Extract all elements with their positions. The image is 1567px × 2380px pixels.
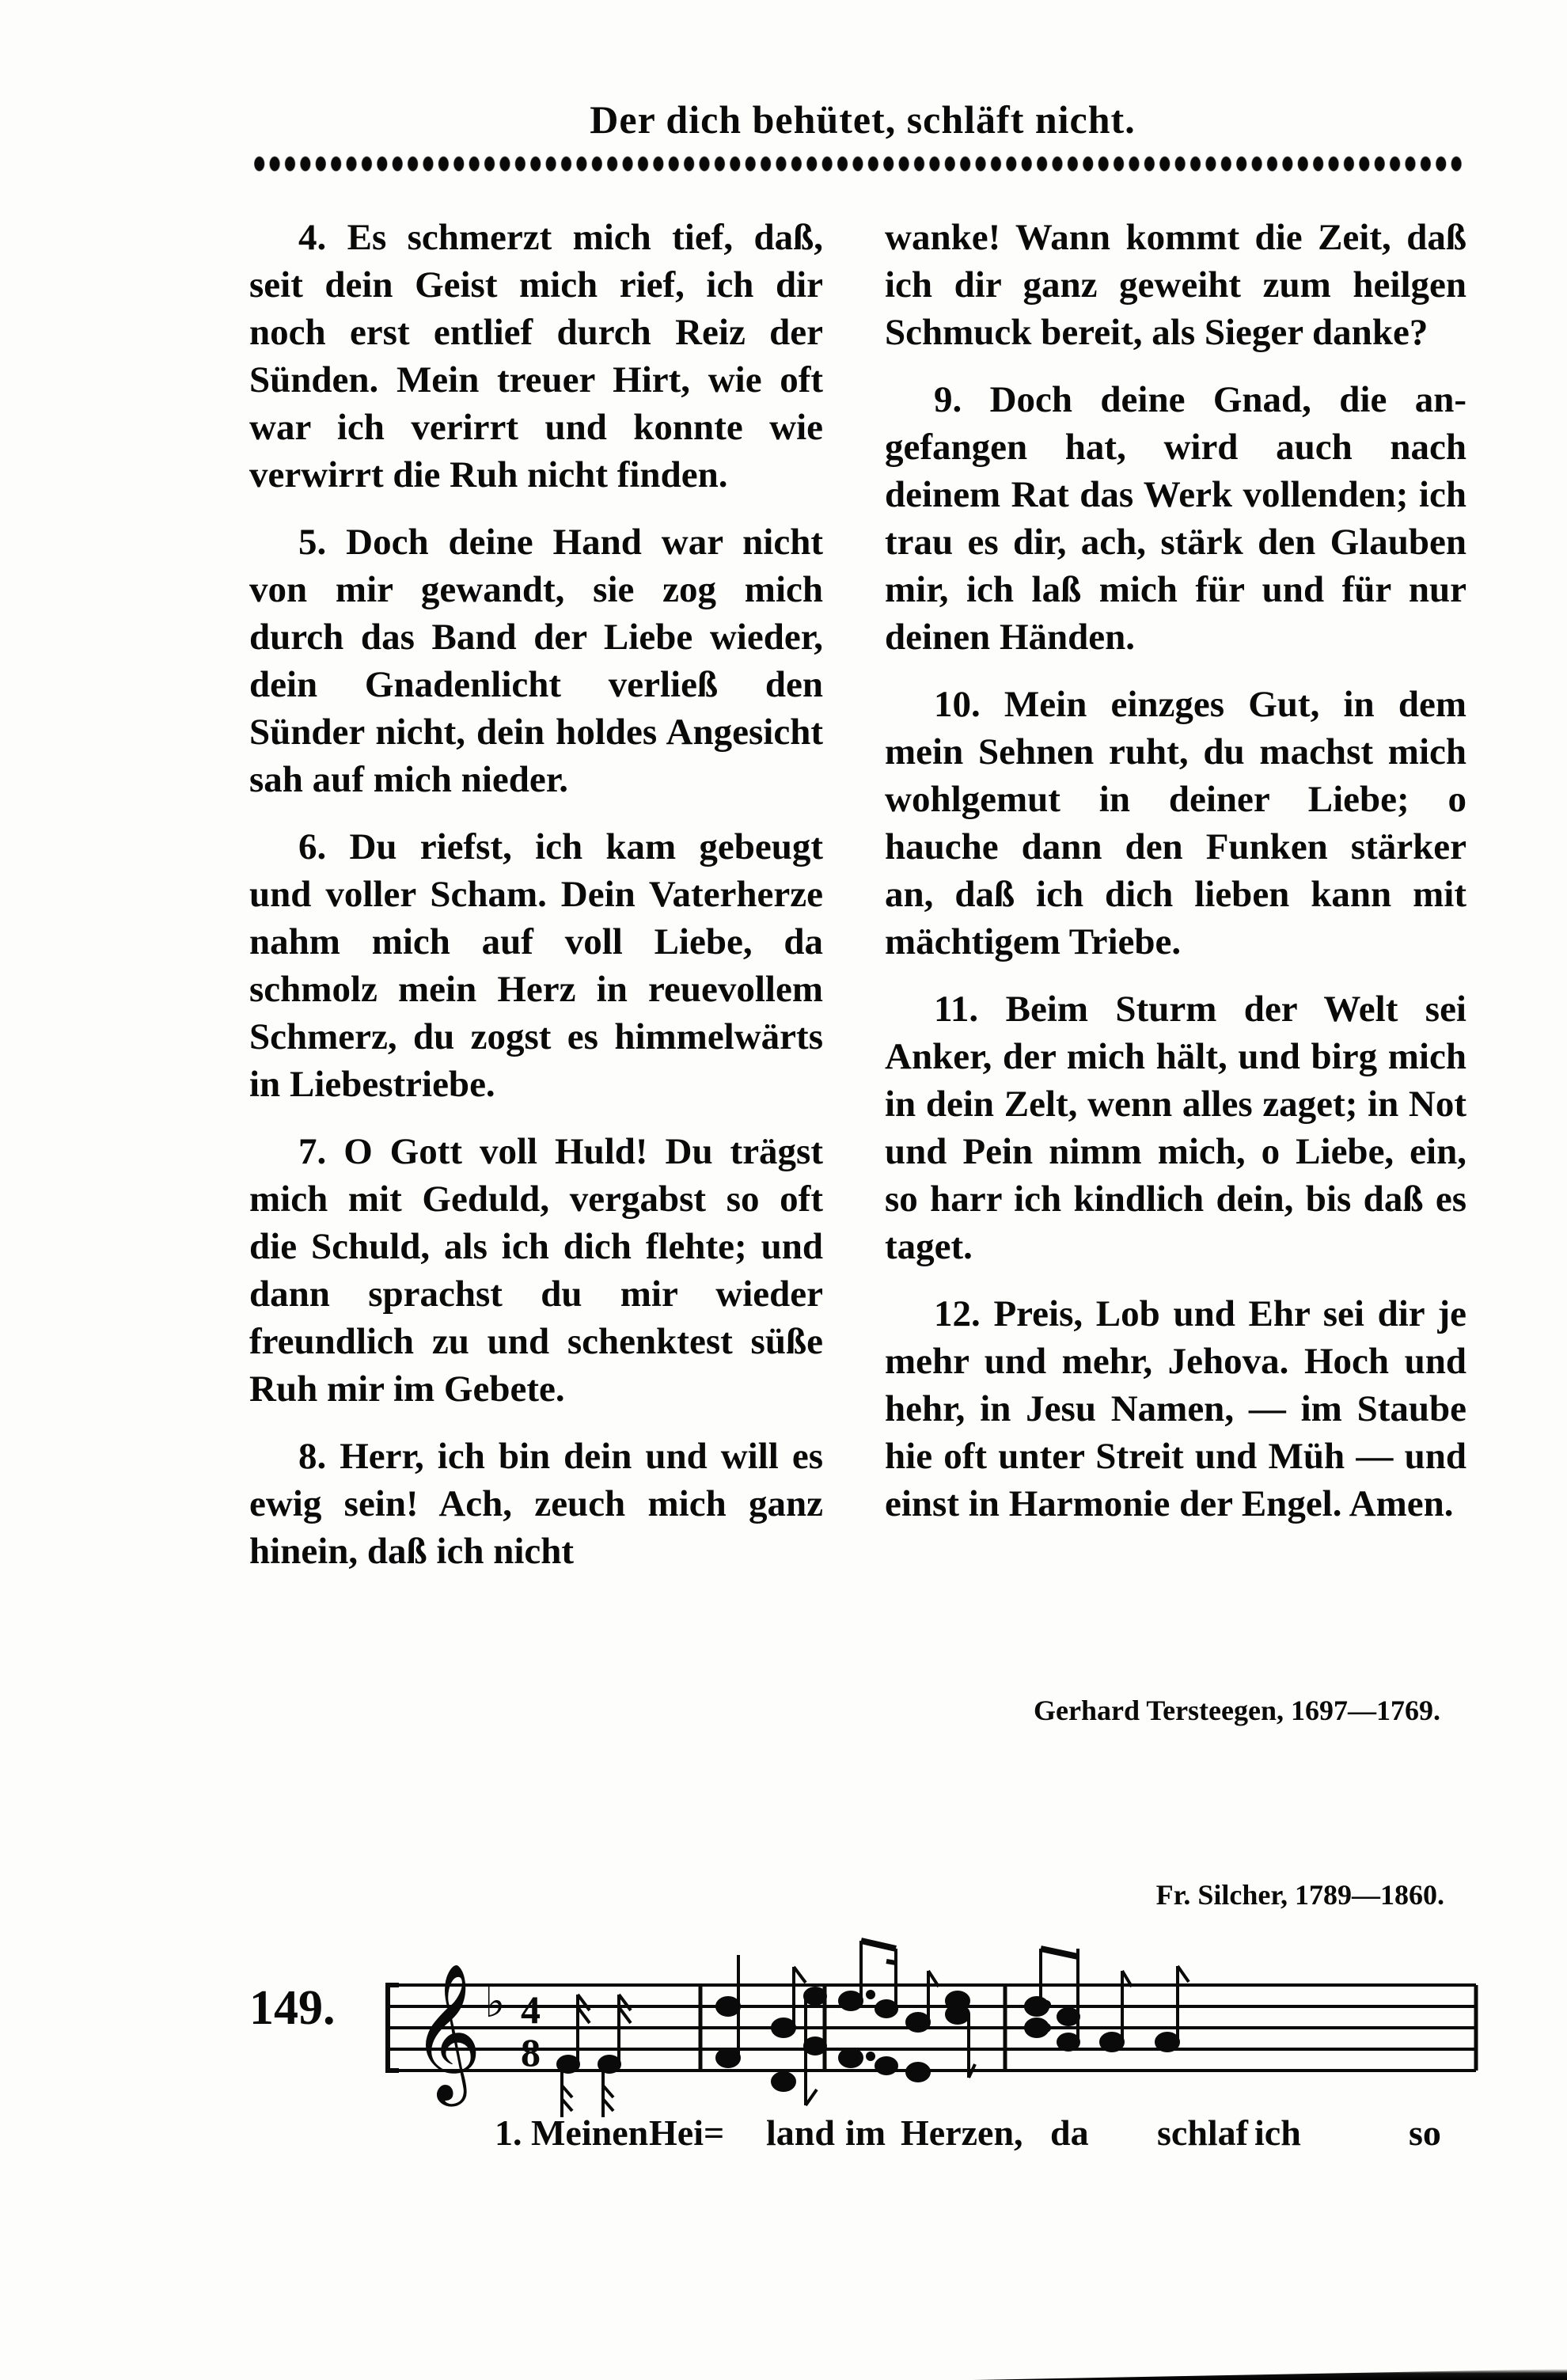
svg-text:𝄞: 𝄞 (412, 1963, 482, 2107)
lyric-syllable: land (766, 2112, 835, 2154)
lyric-syllable: so (1409, 2112, 1441, 2154)
dotted-rule-divider (252, 155, 1466, 173)
stanza-9: 9. Doch deine Gnad, die an­gefangen hat,… (885, 376, 1466, 661)
stanza-4: 4. Es schmerzt mich tief, daß, seit dein… (249, 214, 823, 499)
lyric-syllable: Herzen, (901, 2112, 1023, 2154)
lyric-syllable: da (1050, 2112, 1089, 2154)
stanza-8: 8. Herr, ich bin dein und will es ewig s… (249, 1433, 823, 1575)
stanza-11: 11. Beim Sturm der Welt sei Anker, der m… (885, 985, 1466, 1270)
lyric-syllable: ich (1254, 2112, 1301, 2154)
scan-edge-artifact (973, 2369, 1567, 2380)
composer-attribution: Fr. Silcher, 1789—1860. (1045, 1878, 1444, 1911)
lyric-syllable: Hei= (649, 2112, 724, 2154)
lyric-syllable: 1. Meinen (495, 2112, 648, 2154)
left-column: 4. Es schmerzt mich tief, daß, seit dein… (249, 214, 823, 1595)
hymn-number: 149. (249, 1980, 336, 2036)
lyric-syllable: im (845, 2112, 886, 2154)
hymnal-page: Der dich behütet, schläft nicht. 4. Es s… (0, 0, 1567, 2380)
stanza-12: 12. Preis, Lob und Ehr sei dir je mehr u… (885, 1290, 1466, 1528)
svg-text:♭: ♭ (484, 1976, 505, 2028)
right-column: wanke! Wann kommt die Zeit, daß ich dir … (885, 214, 1466, 1547)
stanza-10: 10. Mein einzges Gut, in dem mein Sehnen… (885, 681, 1466, 966)
music-staff: 𝄞 ♭ 4 8 (332, 1931, 1480, 2129)
stanza-7: 7. O Gott voll Huld! Du trägst mich mit … (249, 1128, 823, 1413)
stanza-5: 5. Doch deine Hand war nicht von mir gew… (249, 518, 823, 803)
time-signature-bottom: 8 (521, 2030, 541, 2074)
running-head: Der dich behütet, schläft nicht. (0, 97, 1567, 142)
stanza-6: 6. Du riefst, ich kam gebeugt und voller… (249, 823, 823, 1108)
author-attribution: Gerhard Tersteegen, 1697—1769. (918, 1694, 1440, 1727)
lyric-syllable: schlaf (1157, 2112, 1248, 2154)
time-signature-top: 4 (521, 1987, 541, 2032)
treble-clef-icon: 𝄞 (412, 1963, 482, 2107)
stanza-8-continued: wanke! Wann kommt die Zeit, daß ich dir … (885, 214, 1466, 356)
flat-icon: ♭ (484, 1976, 505, 2028)
lyrics-line-1: 1. Meinen Hei= land im Herzen, da schlaf… (0, 2112, 1567, 2159)
